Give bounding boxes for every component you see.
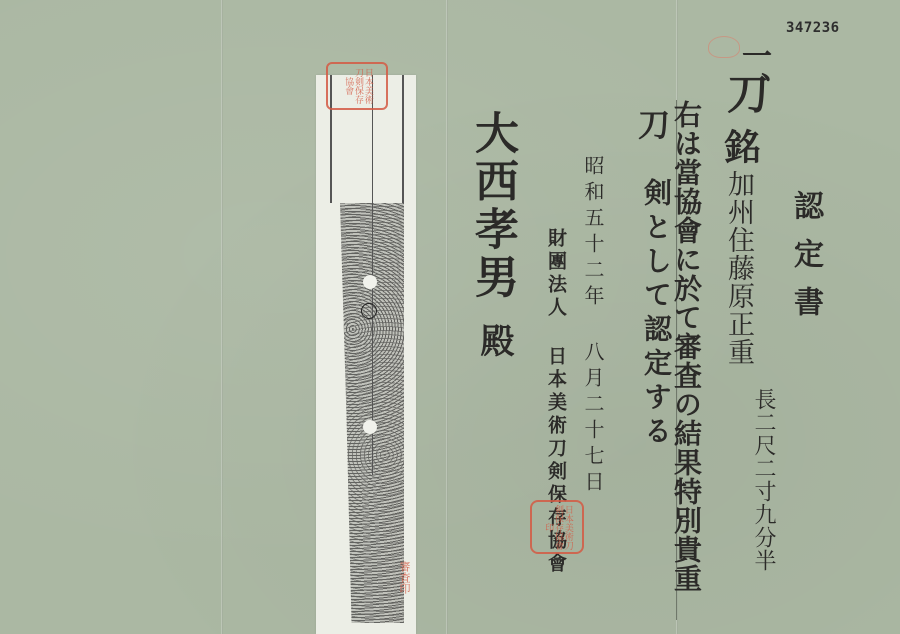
mekugi-hole-ring <box>361 303 377 319</box>
blade-length: 長二尺二寸九分半 <box>752 388 774 572</box>
sword-signature: 加州住藤原正重 <box>725 170 752 366</box>
sword-type: 刀 <box>724 72 766 114</box>
mei-label: 銘 <box>722 128 758 164</box>
red-seal-bottom: 日本美術刀剣保存協會印 <box>530 500 584 554</box>
certification-prefix: 刀 <box>636 108 668 140</box>
certification-statement-cont: 剣として認定する <box>642 178 670 450</box>
issue-date: 昭和五十二年 八月二十七日 <box>583 155 603 497</box>
serial-number: 347236 <box>786 20 840 36</box>
document-title: 認定書 <box>790 190 820 334</box>
fold-line <box>221 0 223 634</box>
recipient-honorific: 殿 <box>477 323 511 357</box>
red-seal-side: 審査印 <box>396 542 412 612</box>
certification-statement: 右は當協會に於て審査の結果特別貴重 <box>672 100 700 593</box>
red-seal-top: 日本美術刀剣保存協會 <box>326 62 388 110</box>
recipient-name: 大西孝男 <box>470 110 514 302</box>
fold-line <box>446 0 448 634</box>
mekugi-hole <box>363 420 377 434</box>
mekugi-hole <box>363 275 377 289</box>
